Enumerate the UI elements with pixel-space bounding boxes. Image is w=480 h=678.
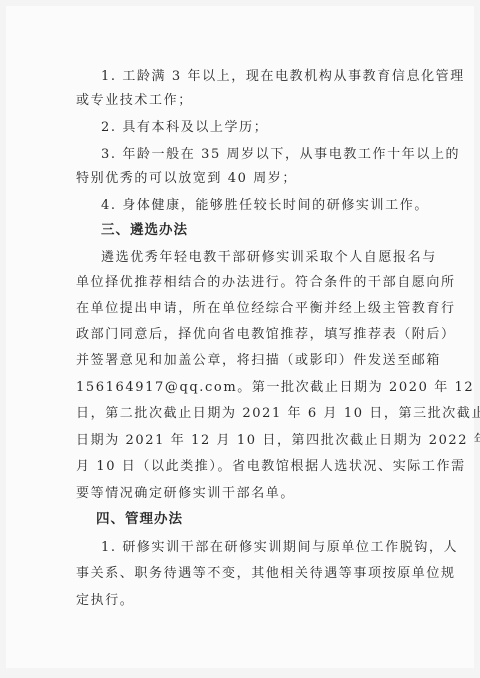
requirement-3: 3. 年龄一般在 35 周岁以下，从事电教工作十年以上的: [101, 147, 460, 163]
section-heading-selection: 三、遴选办法: [101, 222, 188, 238]
paragraph-line: 单位择优推荐相结合的办法进行。符合条件的干部自愿向所: [76, 275, 456, 291]
paragraph-line: 在单位提出申请，所在单位经综合平衡并经上级主管教育行: [76, 301, 456, 317]
paragraph-line-email: 156164917@qq.com。第一批次截止日期为 2020 年 12 月 1…: [76, 380, 480, 396]
paragraph-line: 要等情况确定研修实训干部名单。: [76, 486, 295, 502]
requirement-1: 1. 工龄满 3 年以上，现在电教机构从事教育信息化管理: [101, 69, 465, 85]
paragraph-line: 日，第二批次截止日期为 2021 年 6 月 10 日，第三批次截止: [76, 406, 480, 422]
management-item-1-cont: 事关系、职务待遇等不变，其他相关待遇等事项按原单位规: [76, 566, 456, 582]
paragraph-line: 并签署意见和加盖公章，将扫描（或影印）件发送至邮箱: [76, 353, 441, 369]
paragraph-line: 遴选优秀年轻电教干部研修实训采取个人自愿报名与: [101, 250, 437, 266]
paragraph-line: 月 10 日（以此类推）。省电教馆根据人选状况、实际工作需: [76, 459, 466, 475]
requirement-4: 4. 身体健康，能够胜任较长时间的研修实训工作。: [101, 198, 429, 214]
section-heading-management: 四、管理办法: [96, 511, 183, 527]
management-item-1: 1. 研修实训干部在研修实训期间与原单位工作脱钩，人: [101, 540, 458, 556]
requirement-2: 2. 具有本科及以上学历；: [101, 120, 268, 136]
management-item-1-cont: 定执行。: [76, 593, 134, 609]
requirement-3-cont: 特别优秀的可以放宽到 40 周岁；: [76, 171, 297, 187]
requirement-1-cont: 或专业技术工作；: [76, 93, 193, 109]
paragraph-line: 日期为 2021 年 12 月 10 日，第四批次截止日期为 2022 年 6: [76, 433, 480, 449]
paragraph-line: 政部门同意后，择优向省电教馆推荐，填写推荐表（附后）: [76, 327, 456, 343]
